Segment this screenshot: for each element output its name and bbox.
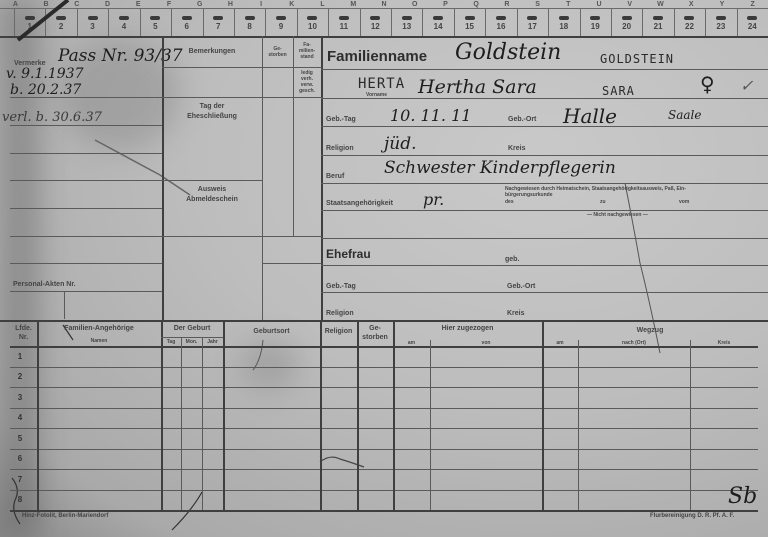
col-mon: Mon.	[181, 339, 202, 345]
spouse-geb-ort-label: Geb.-Ort	[507, 283, 535, 290]
vorname-label: Vorname	[366, 92, 387, 98]
familienname-handwritten: Goldstein	[455, 40, 561, 65]
table-row-divider	[10, 449, 758, 450]
col-geburtsort: Geburtsort	[223, 328, 320, 335]
familienname-caps: GOLDSTEIN	[600, 52, 674, 66]
vorname-handwritten: Hertha Sara	[418, 76, 537, 98]
gestorben-label: Ge- storben	[262, 46, 293, 58]
col-von: von	[430, 340, 542, 346]
geb-ort-note: Saale	[668, 108, 701, 122]
table-row-divider	[10, 367, 758, 368]
nachweis-des: des	[505, 199, 514, 205]
table-row-divider	[10, 408, 758, 409]
ausweis-label: Ausweis Abmeldeschein	[162, 185, 262, 205]
religion-label: Religion	[326, 145, 354, 152]
religion-value: jüd.	[384, 134, 417, 154]
nachweis-zu: zu	[600, 199, 606, 205]
table-row-number: 3	[14, 393, 26, 402]
note-valid-until: b. 20.2.37	[10, 82, 81, 98]
printer-imprint: Hinz-Fotolit, Berlin-Mariendorf	[22, 513, 108, 519]
table-row-number: 6	[14, 454, 26, 463]
familienstand-label: Fa- milien- stand	[293, 42, 321, 60]
col-am: am	[393, 340, 430, 346]
spouse-kreis-label: Kreis	[507, 310, 525, 317]
sex-mark: ♀	[700, 72, 715, 96]
col-namen: Namen	[37, 338, 161, 344]
spouse-geb-tag-label: Geb.-Tag	[326, 283, 356, 290]
col-gestorben: Ge- storben	[357, 324, 393, 342]
geb-ort-label: Geb.-Ort	[508, 116, 536, 123]
vorname-caps: HERTA	[358, 76, 405, 92]
staatsangehoerigkeit-value: pr.	[423, 190, 444, 209]
familienstand-options: ledig verh. verw. gesch.	[293, 70, 321, 94]
nachweis-text-line2: bürgerungsurkunde	[505, 192, 553, 198]
col-nach-ort: nach (Ort)	[578, 340, 690, 346]
nicht-nachgewiesen: — Nicht nachgewiesen —	[587, 212, 648, 218]
personal-akten-label: Personal-Akten Nr.	[13, 281, 76, 288]
note-issued-date: v. 9.1.1937	[6, 66, 84, 82]
table-row-divider	[10, 490, 758, 491]
table-row-divider	[10, 428, 758, 429]
note-extended: verl. b. 30.6.37	[2, 110, 102, 125]
initials-signature: Sb	[728, 484, 757, 509]
table-row-number: 2	[14, 372, 26, 381]
form-code: Flurbereinigung D. R. Pf. A. F.	[650, 513, 734, 519]
check-mark: ✓	[740, 76, 753, 95]
col-hier-zugezogen: Hier zugezogen	[393, 325, 542, 332]
table-row-number: 1	[14, 352, 26, 361]
familienname-label: Familienname	[327, 48, 427, 65]
col-religion: Religion	[320, 328, 357, 335]
kreis-label: Kreis	[508, 145, 526, 152]
eheschliessung-label: Tag der Eheschließung	[162, 102, 262, 122]
col-lfd-nr: Lfde. Nr.	[10, 324, 37, 342]
table-row-number: 5	[14, 434, 26, 443]
table-row-number: 7	[14, 475, 26, 484]
bemerkungen-label: Bemerkungen	[162, 48, 262, 55]
table-row-divider	[10, 469, 758, 470]
staatsangehoerigkeit-label: Staatsangehörigkeit	[326, 200, 393, 207]
geb-ort-value: Halle	[563, 104, 617, 128]
col-der-geburt: Der Geburt	[161, 325, 223, 332]
table-row-number: 8	[14, 495, 26, 504]
col-kreis: Kreis	[690, 340, 758, 346]
table-row-divider	[10, 387, 758, 388]
col-familien-angehoerige: Familien-Angehörige	[37, 325, 161, 332]
spouse-geb-label: geb.	[505, 256, 519, 263]
spouse-religion-label: Religion	[326, 310, 354, 317]
beruf-value: Schwester Kinderpflegerin	[384, 158, 616, 178]
col-jahr: Jahr	[202, 339, 223, 345]
ehefrau-label: Ehefrau	[326, 247, 371, 261]
col-tag: Tag	[161, 339, 181, 345]
col-wegzug: Wegzug	[542, 327, 758, 334]
geb-tag-label: Geb.-Tag	[326, 116, 356, 123]
vorname-added-caps: SARA	[602, 84, 635, 98]
beruf-label: Beruf	[326, 173, 344, 180]
registration-card: ABCDEFGHIKLMNOPQRSTUVWXYZ 12345678910111…	[0, 0, 768, 537]
nachweis-vom: vom	[679, 199, 689, 205]
table-row-number: 4	[14, 413, 26, 422]
col-wegzug-am: am	[542, 340, 578, 346]
geb-tag-value: 10. 11. 11	[390, 106, 471, 125]
